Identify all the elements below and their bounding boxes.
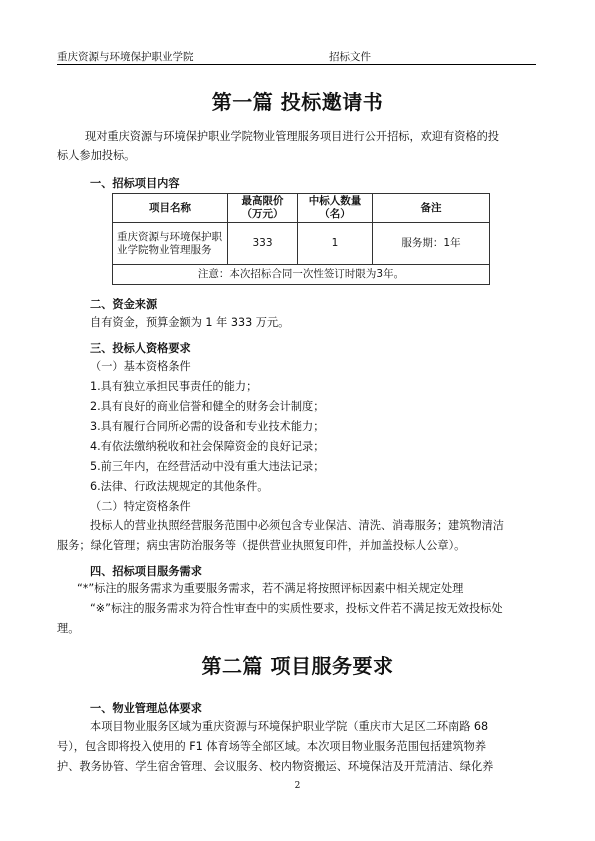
sec1-heading: 一、招标项目内容	[90, 175, 180, 191]
special-qual-line-2: 服务；绿化管理；病虫害防治服务等（提供营业执照复印件，并加盖投标人公章）。	[57, 537, 465, 555]
basic-qual-item: 2.具有良好的商业信誉和健全的财务会计制度；	[90, 398, 324, 416]
basic-qual-item: 1.具有独立承担民事责任的能力；	[90, 378, 257, 396]
part2-sec1-line-3: 护、教务协管、学生宿舍管理、会议服务、校内物资搬运、环境保洁及开荒清洁、绿化养	[57, 758, 493, 776]
special-qual-title: （二）特定资格条件	[90, 498, 191, 516]
table-row: 重庆资源与环境保护职业学院物业管理服务 333 1 服务期：1年	[113, 223, 490, 265]
part2-title: 第二篇 项目服务要求	[0, 650, 595, 679]
sec4-heading: 四、招标项目服务需求	[90, 563, 202, 579]
cell-count: 1	[298, 223, 373, 265]
table-footnote: 注意：本次招标合同一次性签订时限为3年。	[113, 265, 490, 285]
sec4-line-2: “※”标注的服务需求为符合性审查中的实质性要求，投标文件若不满足按无效投标处	[90, 600, 503, 618]
sec4-line-3: 理。	[57, 620, 79, 638]
cell-note: 服务期：1年	[373, 223, 490, 265]
page-number: 2	[0, 781, 595, 791]
basic-qual-item: 3.具有履行合同所必需的设备和专业技术能力；	[90, 418, 324, 436]
sec4-line-1: “*”标注的服务需求为重要服务需求，若不满足将按照评标因素中相关规定处理	[77, 580, 463, 598]
col-header-name: 项目名称	[113, 194, 228, 223]
header-org: 重庆资源与环境保护职业学院	[57, 49, 194, 64]
basic-qual-title: （一）基本资格条件	[90, 358, 191, 376]
table-footnote-row: 注意：本次招标合同一次性签订时限为3年。	[113, 265, 490, 285]
part2-sec1-line-2: 号），包含即将投入使用的 F1 体育场等全部区域。本次项目物业服务范围包括建筑物…	[57, 738, 486, 756]
basic-qual-item: 4.有依法缴纳税收和社会保障资金的良好记录；	[90, 438, 324, 456]
part2-sec1-line-1: 本项目物业服务区域为重庆资源与环境保护职业学院（重庆市大足区二环南路 68	[90, 718, 488, 736]
special-qual-line-1: 投标人的营业执照经营服务范围中必须包含专业保洁、清洗、消毒服务；建筑物清洁	[90, 517, 504, 535]
basic-qual-item: 5.前三年内，在经营活动中没有重大违法记录；	[90, 458, 324, 476]
sec2-heading: 二、资金来源	[90, 296, 157, 312]
intro-line-2: 标人参加投标。	[57, 147, 135, 165]
col-header-note: 备注	[373, 194, 490, 223]
header-doc-type: 招标文件	[329, 49, 371, 64]
cell-price: 333	[228, 223, 298, 265]
sec3-heading: 三、投标人资格要求	[90, 340, 191, 356]
basic-qual-item: 6.法律、行政法规规定的其他条件。	[90, 478, 269, 496]
col-header-price: 最高限价（万元）	[228, 194, 298, 223]
col-header-count: 中标人数量（名）	[298, 194, 373, 223]
bid-items-table: 项目名称 最高限价（万元） 中标人数量（名） 备注 重庆资源与环境保护职业学院物…	[112, 193, 490, 285]
cell-project-name: 重庆资源与环境保护职业学院物业管理服务	[113, 223, 228, 265]
page-header: 重庆资源与环境保护职业学院 招标文件	[57, 47, 536, 65]
intro-line-1: 现对重庆资源与环境保护职业学院物业管理服务项目进行公开招标，欢迎有资格的投	[85, 128, 499, 146]
sec2-text: 自有资金，预算金额为 1 年 333 万元。	[90, 314, 289, 332]
table-header-row: 项目名称 最高限价（万元） 中标人数量（名） 备注	[113, 194, 490, 223]
part1-title: 第一篇 投标邀请书	[0, 86, 595, 115]
part2-sec1-heading: 一、物业管理总体要求	[90, 700, 202, 716]
